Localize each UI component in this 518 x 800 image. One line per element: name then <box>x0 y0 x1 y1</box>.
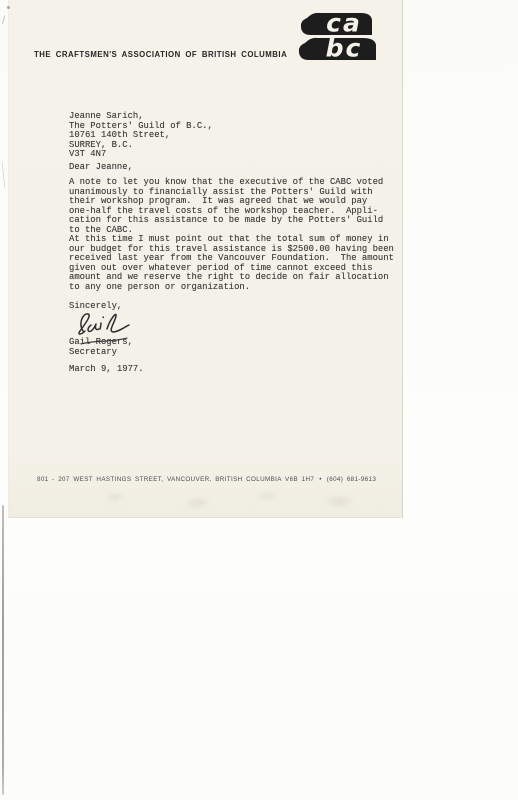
signer-title: Secretary <box>69 348 117 358</box>
footer-street-address: 801 - 207 WEST HASTINGS STREET, VANCOUVE… <box>37 476 314 483</box>
recipient-address-block: Jeanne Sarich, The Potters' Guild of B.C… <box>69 112 213 160</box>
footer-phone-number: (604) 681-9613 <box>327 476 376 483</box>
paper-speck <box>7 6 10 9</box>
scan-mottle-texture <box>49 486 379 514</box>
body-paragraph-1: A note to let you know that the executiv… <box>69 178 383 235</box>
salutation: Dear Jeanne, <box>69 163 133 173</box>
scanned-letter-photo: THE CRAFTSMEN'S ASSOCIATION OF BRITISH C… <box>0 0 518 800</box>
letter-sheet: THE CRAFTSMEN'S ASSOCIATION OF BRITISH C… <box>8 0 403 518</box>
logo-bottom-letters: bc <box>326 34 363 63</box>
letter-date: March 9, 1977. <box>69 365 144 375</box>
cabc-logo: ca bc <box>297 12 383 64</box>
body-paragraph-2: At this time I must point out that the t… <box>69 235 394 292</box>
letterhead-footer: 801 - 207 WEST HASTINGS STREET, VANCOUVE… <box>37 476 392 483</box>
footer-bullet-separator: • <box>319 476 322 483</box>
scanner-edge-artifact <box>2 505 4 795</box>
letterhead-org-name: THE CRAFTSMEN'S ASSOCIATION OF BRITISH C… <box>34 50 287 59</box>
